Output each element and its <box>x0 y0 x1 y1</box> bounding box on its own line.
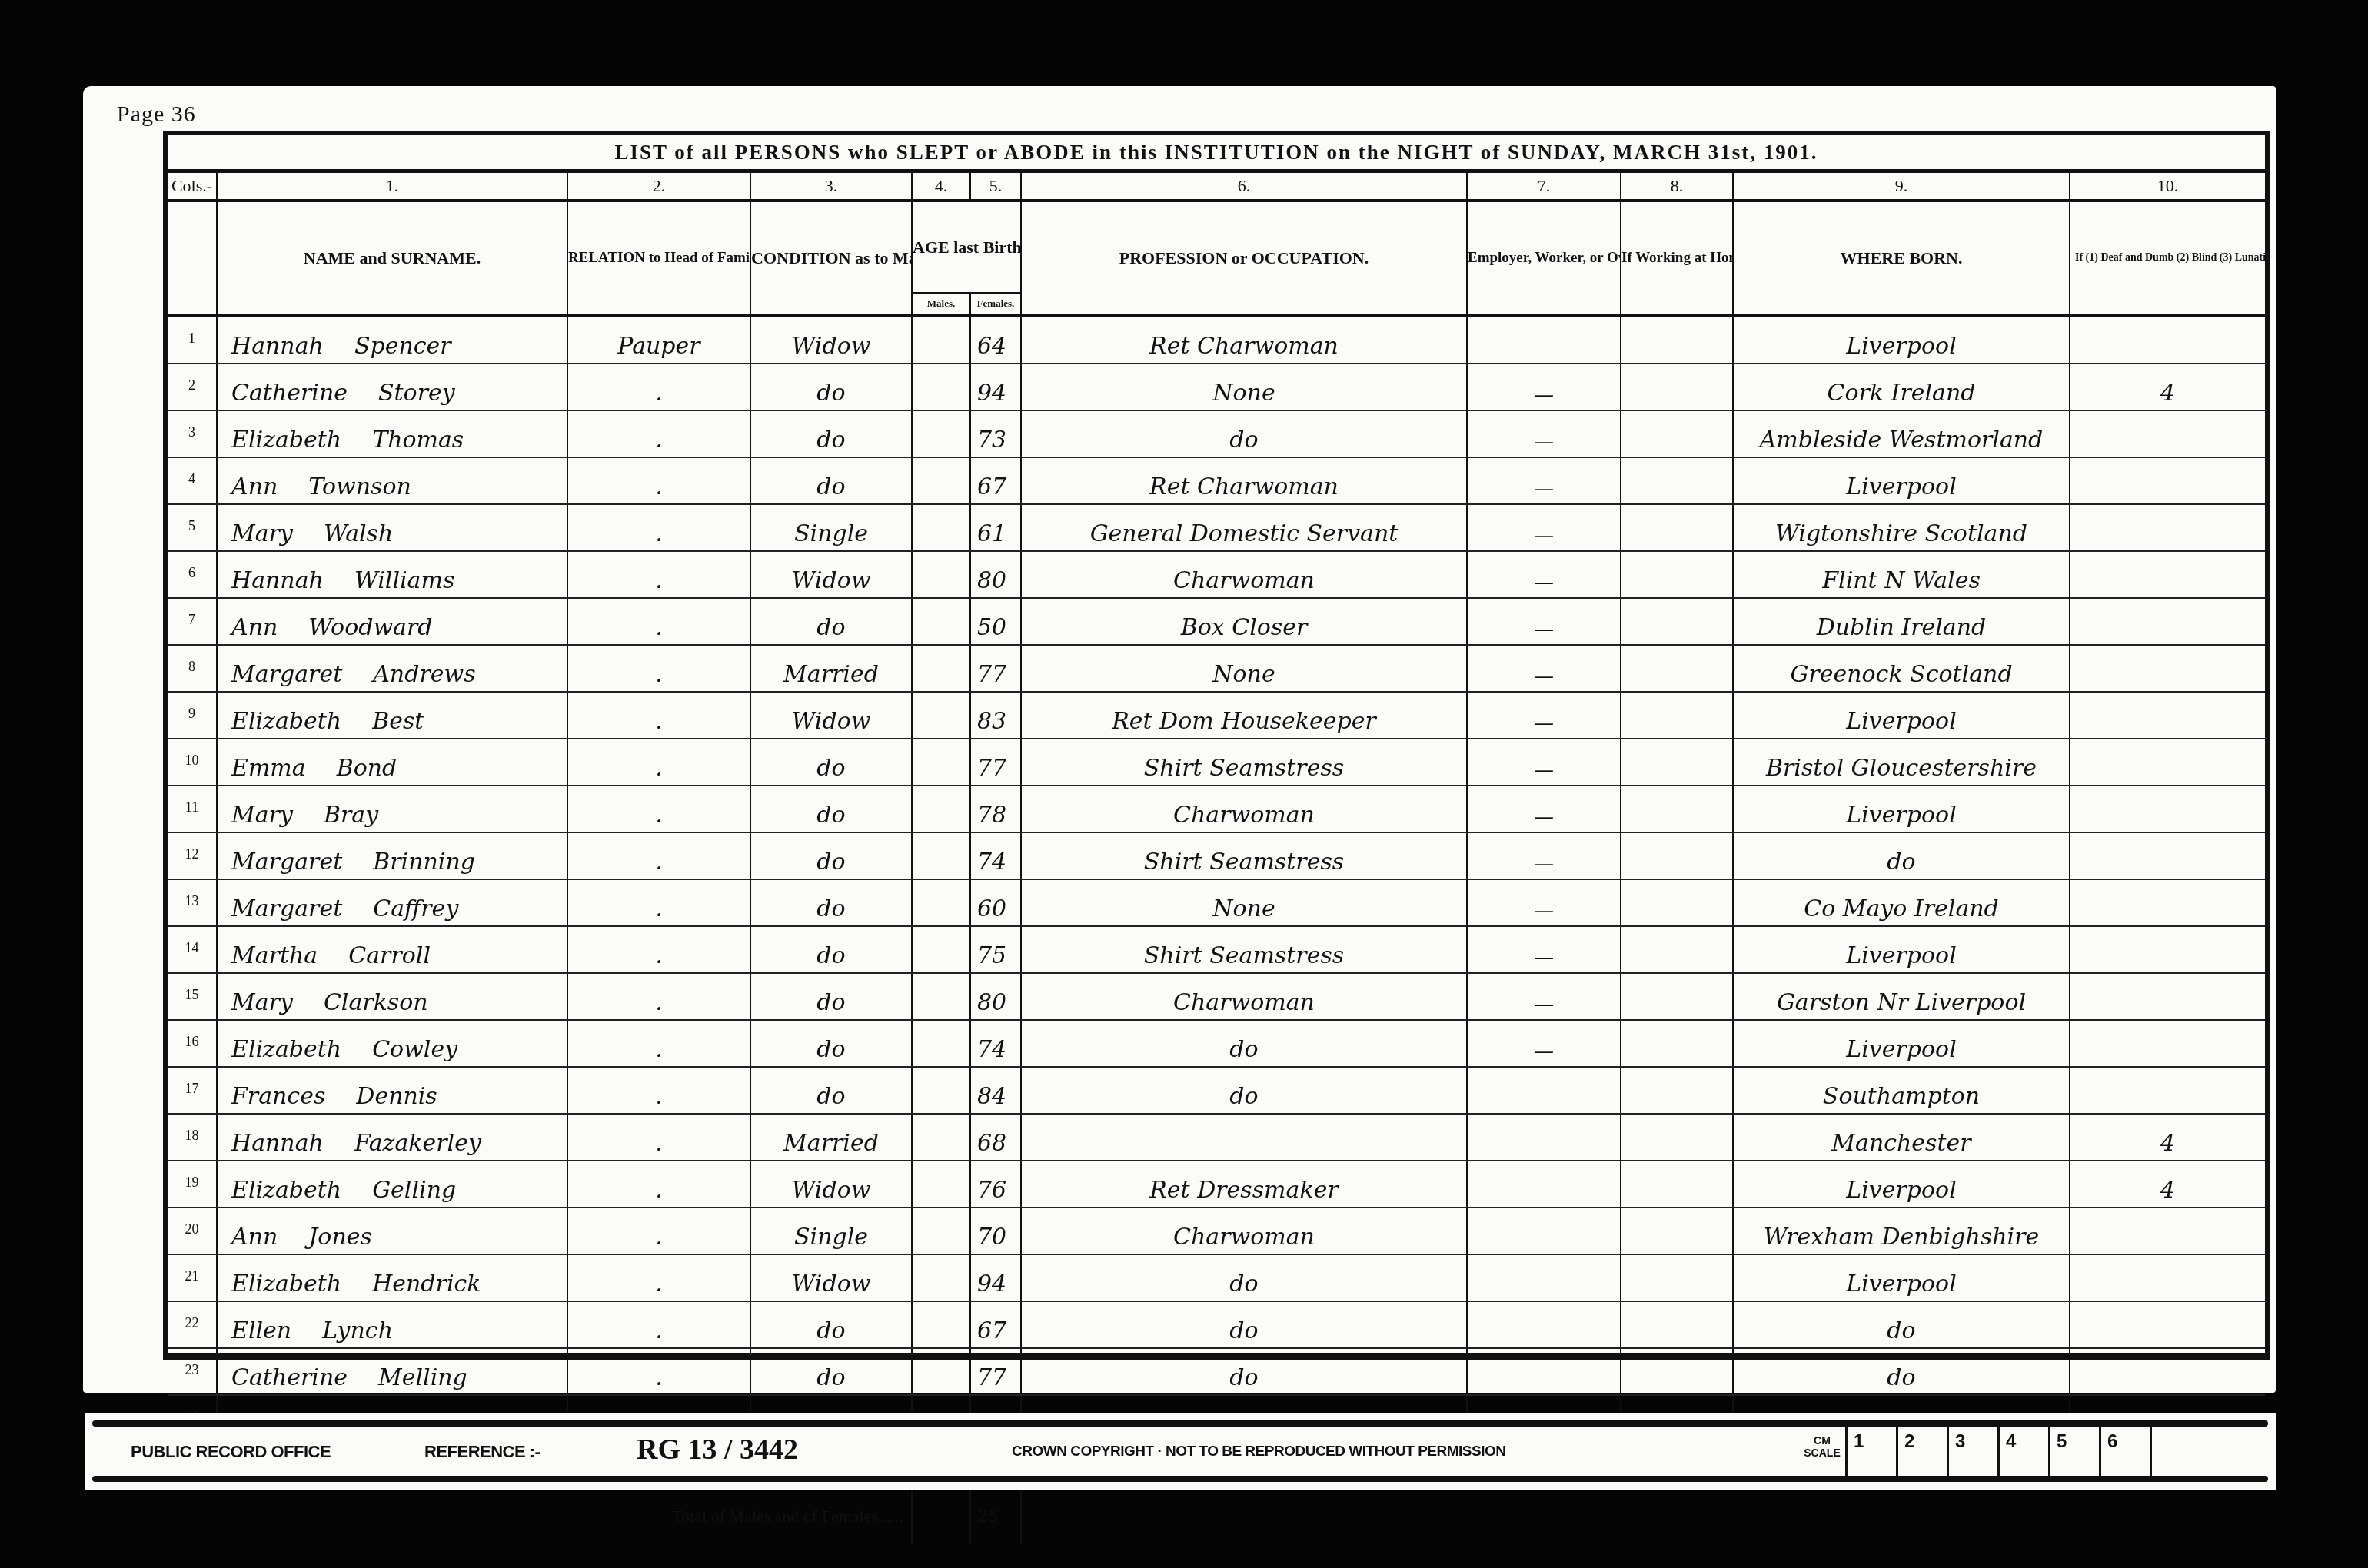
age-female: 80 <box>970 973 1021 1020</box>
relation: . <box>567 973 750 1020</box>
row-number: 12 <box>168 832 217 879</box>
age-male <box>912 457 970 504</box>
marital-condition: do <box>750 410 912 457</box>
employer-status <box>1467 1348 1621 1395</box>
census-row: 21ElizabethHendrick.Widow94doLiverpool <box>168 1254 2265 1301</box>
surname: Cowley <box>372 1036 457 1063</box>
working-at-home <box>1621 973 1733 1020</box>
surname: Dennis <box>356 1083 437 1110</box>
employer-status: — <box>1467 364 1621 410</box>
row-number: 8 <box>168 645 217 692</box>
first-name: Martha <box>231 942 318 969</box>
relation: . <box>567 1067 750 1114</box>
occupation: Shirt Seamstress <box>1021 832 1467 879</box>
employer-status <box>1467 1161 1621 1208</box>
where-born: do <box>1733 832 2070 879</box>
where-born: Liverpool <box>1733 786 2070 832</box>
working-at-home <box>1621 316 1733 364</box>
row-number: 2 <box>168 364 217 410</box>
occupation: None <box>1021 364 1467 410</box>
first-name: Catherine <box>231 380 348 407</box>
infirmity <box>2070 645 2265 692</box>
first-name: Ann <box>231 473 278 500</box>
person-name: AnnWoodward <box>217 598 567 645</box>
surname: Brinning <box>373 849 475 875</box>
where-born: do <box>1733 1301 2070 1348</box>
surname: Carroll <box>348 942 431 969</box>
working-at-home <box>1621 1208 1733 1254</box>
row-number: 7 <box>168 598 217 645</box>
row-number: 10 <box>168 739 217 786</box>
marital-condition: do <box>750 926 912 973</box>
person-name: MaryBray <box>217 786 567 832</box>
age-male <box>912 926 970 973</box>
age-male <box>912 316 970 364</box>
relation: . <box>567 504 750 551</box>
row-number: 4 <box>168 457 217 504</box>
first-name: Ellen <box>231 1317 291 1344</box>
working-at-home <box>1621 832 1733 879</box>
where-born: Liverpool <box>1733 1161 2070 1208</box>
occupation: do <box>1021 1067 1467 1114</box>
occupation: Charwoman <box>1021 786 1467 832</box>
occupation <box>1021 1114 1467 1161</box>
employer-status: — <box>1467 926 1621 973</box>
occupation: None <box>1021 645 1467 692</box>
age-male <box>912 1208 970 1254</box>
surname: Hendrick <box>372 1271 481 1297</box>
row-number: 3 <box>168 410 217 457</box>
census-row: 17FrancesDennis.do84doSouthampton <box>168 1067 2265 1114</box>
scale-mark: 6 <box>2099 1427 2150 1477</box>
occupation: General Domestic Servant <box>1021 504 1467 551</box>
infirmity <box>2070 786 2265 832</box>
header-males: Males. <box>912 293 970 316</box>
age-male <box>912 739 970 786</box>
age-male <box>912 1348 970 1395</box>
first-name: Emma <box>231 755 306 782</box>
age-male <box>912 786 970 832</box>
person-name: CatherineStorey <box>217 364 567 410</box>
column-number-row: Cols.- 1. 2. 3. 4. 5. 6. 7. 8. 9. 10. <box>168 173 2265 201</box>
age-female: 67 <box>970 457 1021 504</box>
surname: Storey <box>378 380 455 407</box>
marital-condition: Single <box>750 504 912 551</box>
col-number: 3. <box>750 173 912 201</box>
infirmity <box>2070 692 2265 739</box>
occupation: do <box>1021 1301 1467 1348</box>
where-born: Ambleside Westmorland <box>1733 410 2070 457</box>
employer-status: — <box>1467 457 1621 504</box>
relation: . <box>567 739 750 786</box>
infirmity <box>2070 504 2265 551</box>
row-number: 22 <box>168 1301 217 1348</box>
where-born: Liverpool <box>1733 692 2070 739</box>
surname: Clarkson <box>324 989 428 1016</box>
person-name: CatherineMelling <box>217 1348 567 1395</box>
age-female: 77 <box>970 645 1021 692</box>
working-at-home <box>1621 1020 1733 1067</box>
where-born: Bristol Gloucestershire <box>1733 739 2070 786</box>
census-row: 9ElizabethBest.Widow83Ret Dom Housekeepe… <box>168 692 2265 739</box>
marital-condition: do <box>750 1067 912 1114</box>
age-female: 78 <box>970 786 1021 832</box>
first-name: Margaret <box>231 661 342 688</box>
working-at-home <box>1621 1301 1733 1348</box>
marital-condition: do <box>750 457 912 504</box>
relation: . <box>567 551 750 598</box>
cm-scale-label: CM SCALE <box>1799 1427 1845 1477</box>
working-at-home <box>1621 692 1733 739</box>
surname: Bond <box>337 755 397 782</box>
age-female: 94 <box>970 364 1021 410</box>
first-name: Ann <box>231 1224 278 1251</box>
header-working-home: If Working at Home. <box>1621 201 1733 316</box>
infirmity <box>2070 832 2265 879</box>
person-name: ElizabethGelling <box>217 1161 567 1208</box>
marital-condition: Married <box>750 645 912 692</box>
surname: Walsh <box>324 520 393 547</box>
header-females: Females. <box>970 293 1021 316</box>
col-number: 8. <box>1621 173 1733 201</box>
first-name: Elizabeth <box>231 1036 341 1063</box>
where-born: Flint N Wales <box>1733 551 2070 598</box>
scale-mark: 2 <box>1896 1427 1947 1477</box>
row-number: 20 <box>168 1208 217 1254</box>
surname: Williams <box>354 567 454 594</box>
where-born: Liverpool <box>1733 457 2070 504</box>
relation: . <box>567 457 750 504</box>
infirmity <box>2070 973 2265 1020</box>
age-female: 60 <box>970 879 1021 926</box>
working-at-home <box>1621 926 1733 973</box>
reference-label: REFERENCE :- <box>424 1442 540 1462</box>
col-number: 4. <box>912 173 970 201</box>
occupation: Box Closer <box>1021 598 1467 645</box>
census-row: 4AnnTownson.do67Ret Charwoman—Liverpool <box>168 457 2265 504</box>
marital-condition: do <box>750 1301 912 1348</box>
first-name: Hannah <box>231 567 324 594</box>
cm-scale: CM SCALE 1 2 3 4 5 6 <box>1799 1427 2288 1477</box>
age-female: 70 <box>970 1208 1021 1254</box>
first-name: Elizabeth <box>231 708 341 735</box>
age-female: 73 <box>970 410 1021 457</box>
census-row: 8MargaretAndrews.Married77None—Greenock … <box>168 645 2265 692</box>
infirmity <box>2070 739 2265 786</box>
marital-condition: Single <box>750 1208 912 1254</box>
marital-condition: do <box>750 879 912 926</box>
working-at-home <box>1621 504 1733 551</box>
census-row: 22EllenLynch.do67dodo <box>168 1301 2265 1348</box>
infirmity <box>2070 1020 2265 1067</box>
employer-status <box>1467 1208 1621 1254</box>
age-female: 77 <box>970 1348 1021 1395</box>
infirmity <box>2070 598 2265 645</box>
row-number: 21 <box>168 1254 217 1301</box>
total-label: Total of Males and of Females...... <box>168 1489 912 1543</box>
employer-status: — <box>1467 598 1621 645</box>
working-at-home <box>1621 1254 1733 1301</box>
header-where-born: WHERE BORN. <box>1733 201 2070 316</box>
age-male <box>912 692 970 739</box>
surname: Townson <box>308 473 411 500</box>
relation: . <box>567 1114 750 1161</box>
marital-condition: do <box>750 832 912 879</box>
working-at-home <box>1621 1114 1733 1161</box>
page-number: Page 36 <box>117 101 196 128</box>
first-name: Hannah <box>231 1130 324 1157</box>
col-number: 2. <box>567 173 750 201</box>
marital-condition: Widow <box>750 316 912 364</box>
working-at-home <box>1621 1067 1733 1114</box>
age-male <box>912 1020 970 1067</box>
age-female: 94 <box>970 1254 1021 1301</box>
total-males <box>912 1489 970 1543</box>
census-row: 2CatherineStorey.do94None—Cork Ireland4 <box>168 364 2265 410</box>
age-male <box>912 598 970 645</box>
marital-condition: do <box>750 364 912 410</box>
surname: Best <box>372 708 424 735</box>
relation: . <box>567 786 750 832</box>
scale-mark: 5 <box>2048 1427 2099 1477</box>
occupation: Ret Dom Housekeeper <box>1021 692 1467 739</box>
age-male <box>912 879 970 926</box>
person-name: MargaretAndrews <box>217 645 567 692</box>
age-female: 64 <box>970 316 1021 364</box>
infirmity: 4 <box>2070 364 2265 410</box>
row-number: 16 <box>168 1020 217 1067</box>
person-name: MargaretBrinning <box>217 832 567 879</box>
record-office-label: PUBLIC RECORD OFFICE <box>131 1442 331 1462</box>
census-table: Cols.- 1. 2. 3. 4. 5. 6. 7. 8. 9. 10. NA… <box>168 173 2265 1543</box>
employer-status: — <box>1467 879 1621 926</box>
total-females: 25 <box>970 1489 1021 1543</box>
first-name: Margaret <box>231 895 342 922</box>
occupation: do <box>1021 1348 1467 1395</box>
first-name: Elizabeth <box>231 1271 341 1297</box>
person-name: MaryClarkson <box>217 973 567 1020</box>
col-number: 5. <box>970 173 1021 201</box>
occupation: Charwoman <box>1021 973 1467 1020</box>
employer-status: — <box>1467 739 1621 786</box>
marital-condition: Widow <box>750 551 912 598</box>
census-row: 18HannahFazakerley.Married68Manchester4 <box>168 1114 2265 1161</box>
employer-status: — <box>1467 645 1621 692</box>
working-at-home <box>1621 364 1733 410</box>
header-infirmity: If (1) Deaf and Dumb (2) Blind (3) Lunat… <box>2070 201 2265 316</box>
employer-status: — <box>1467 1020 1621 1067</box>
col-number: 6. <box>1021 173 1467 201</box>
age-male <box>912 364 970 410</box>
where-born: Liverpool <box>1733 316 2070 364</box>
working-at-home <box>1621 457 1733 504</box>
row-number: 1 <box>168 316 217 364</box>
marital-condition: do <box>750 1020 912 1067</box>
relation: . <box>567 926 750 973</box>
age-female: 75 <box>970 926 1021 973</box>
where-born: Garston Nr Liverpool <box>1733 973 2070 1020</box>
where-born: Co Mayo Ireland <box>1733 879 2070 926</box>
where-born: Wigtonshire Scotland <box>1733 504 2070 551</box>
person-name: EmmaBond <box>217 739 567 786</box>
age-female: 76 <box>970 1161 1021 1208</box>
person-name: MarthaCarroll <box>217 926 567 973</box>
infirmity <box>2070 1254 2265 1301</box>
age-female: 77 <box>970 739 1021 786</box>
working-at-home <box>1621 879 1733 926</box>
row-number: 9 <box>168 692 217 739</box>
working-at-home <box>1621 551 1733 598</box>
marital-condition: do <box>750 598 912 645</box>
relation: . <box>567 1254 750 1301</box>
relation: . <box>567 692 750 739</box>
marital-condition: do <box>750 973 912 1020</box>
age-male <box>912 1114 970 1161</box>
person-name: FrancesDennis <box>217 1067 567 1114</box>
census-form: LIST of all PERSONS who SLEPT or ABODE i… <box>163 131 2270 1360</box>
first-name: Mary <box>231 520 293 547</box>
first-name: Mary <box>231 802 293 829</box>
person-name: HannahSpencer <box>217 316 567 364</box>
occupation: do <box>1021 1254 1467 1301</box>
cols-label: Cols.- <box>168 173 217 201</box>
census-row: 10EmmaBond.do77Shirt Seamstress—Bristol … <box>168 739 2265 786</box>
where-born: Manchester <box>1733 1114 2070 1161</box>
age-female: 50 <box>970 598 1021 645</box>
surname: Fazakerley <box>354 1130 481 1157</box>
where-born: do <box>1733 1348 2070 1395</box>
col-number: 1. <box>217 173 567 201</box>
relation: . <box>567 1301 750 1348</box>
relation: . <box>567 1208 750 1254</box>
age-female: 67 <box>970 1301 1021 1348</box>
age-female: 83 <box>970 692 1021 739</box>
reference-number: RG 13 / 3442 <box>637 1433 798 1467</box>
occupation: Shirt Seamstress <box>1021 739 1467 786</box>
person-name: AnnTownson <box>217 457 567 504</box>
person-name: AnnJones <box>217 1208 567 1254</box>
employer-status: — <box>1467 692 1621 739</box>
where-born: Dublin Ireland <box>1733 598 2070 645</box>
row-number: 17 <box>168 1067 217 1114</box>
age-male <box>912 1067 970 1114</box>
first-name: Ann <box>231 614 278 641</box>
row-number: 14 <box>168 926 217 973</box>
row-number: 13 <box>168 879 217 926</box>
relation: . <box>567 364 750 410</box>
relation: Pauper <box>567 316 750 364</box>
relation: . <box>567 832 750 879</box>
infirmity <box>2070 926 2265 973</box>
employer-status <box>1467 316 1621 364</box>
age-male <box>912 1161 970 1208</box>
census-row: 14MarthaCarroll.do75Shirt Seamstress—Liv… <box>168 926 2265 973</box>
surname: Bray <box>324 802 378 829</box>
occupation: Ret Charwoman <box>1021 316 1467 364</box>
surname: Andrews <box>373 661 475 688</box>
marital-condition: do <box>750 739 912 786</box>
where-born: Liverpool <box>1733 1254 2070 1301</box>
relation: . <box>567 645 750 692</box>
person-name: MargaretCaffrey <box>217 879 567 926</box>
working-at-home <box>1621 598 1733 645</box>
census-row: 16ElizabethCowley.do74do—Liverpool <box>168 1020 2265 1067</box>
census-rows: 1HannahSpencerPauperWidow64Ret Charwoman… <box>168 316 2265 1490</box>
occupation: Ret Charwoman <box>1021 457 1467 504</box>
employer-status: — <box>1467 410 1621 457</box>
surname: Jones <box>308 1224 372 1251</box>
person-name: ElizabethHendrick <box>217 1254 567 1301</box>
first-name: Catherine <box>231 1364 348 1391</box>
relation: . <box>567 410 750 457</box>
where-born: Southampton <box>1733 1067 2070 1114</box>
age-female: 74 <box>970 832 1021 879</box>
working-at-home <box>1621 739 1733 786</box>
age-male <box>912 551 970 598</box>
scale-mark: 3 <box>1947 1427 1997 1477</box>
marital-condition: do <box>750 1348 912 1395</box>
scale-mark <box>2150 1427 2288 1477</box>
occupation: do <box>1021 1020 1467 1067</box>
age-female: 80 <box>970 551 1021 598</box>
age-male <box>912 645 970 692</box>
age-male <box>912 1254 970 1301</box>
census-row: 3ElizabethThomas.do73do—Ambleside Westmo… <box>168 410 2265 457</box>
marital-condition: do <box>750 786 912 832</box>
working-at-home <box>1621 1161 1733 1208</box>
infirmity <box>2070 1208 2265 1254</box>
census-row: 6HannahWilliams.Widow80Charwoman—Flint N… <box>168 551 2265 598</box>
age-female: 74 <box>970 1020 1021 1067</box>
surname: Woodward <box>308 614 432 641</box>
surname: Caffrey <box>373 895 458 922</box>
infirmity <box>2070 879 2265 926</box>
employer-status: — <box>1467 786 1621 832</box>
row-number: 5 <box>168 504 217 551</box>
census-row: 13MargaretCaffrey.do60None—Co Mayo Irela… <box>168 879 2265 926</box>
age-male <box>912 1301 970 1348</box>
age-male <box>912 832 970 879</box>
row-number: 18 <box>168 1114 217 1161</box>
person-name: HannahWilliams <box>217 551 567 598</box>
marital-condition: Widow <box>750 1254 912 1301</box>
infirmity <box>2070 410 2265 457</box>
census-row: 7AnnWoodward.do50Box Closer—Dublin Irela… <box>168 598 2265 645</box>
occupation: Shirt Seamstress <box>1021 926 1467 973</box>
header-relation: RELATION to Head of Family, or Position … <box>567 201 750 316</box>
occupation: Charwoman <box>1021 551 1467 598</box>
employer-status <box>1467 1067 1621 1114</box>
age-male <box>912 504 970 551</box>
infirmity <box>2070 316 2265 364</box>
infirmity <box>2070 1348 2265 1395</box>
col-number: 7. <box>1467 173 1621 201</box>
row-number: 11 <box>168 786 217 832</box>
employer-status <box>1467 1301 1621 1348</box>
relation: . <box>567 1020 750 1067</box>
total-row: Total of Males and of Females...... 25 <box>168 1489 2265 1543</box>
relation: . <box>567 1161 750 1208</box>
relation: . <box>567 1348 750 1395</box>
age-female: 61 <box>970 504 1021 551</box>
census-row: 19ElizabethGelling.Widow76Ret Dressmaker… <box>168 1161 2265 1208</box>
surname: Lynch <box>322 1317 393 1344</box>
employer-status: — <box>1467 832 1621 879</box>
employer-status: — <box>1467 551 1621 598</box>
row-number: 15 <box>168 973 217 1020</box>
scale-mark: 1 <box>1845 1427 1896 1477</box>
person-name: MaryWalsh <box>217 504 567 551</box>
